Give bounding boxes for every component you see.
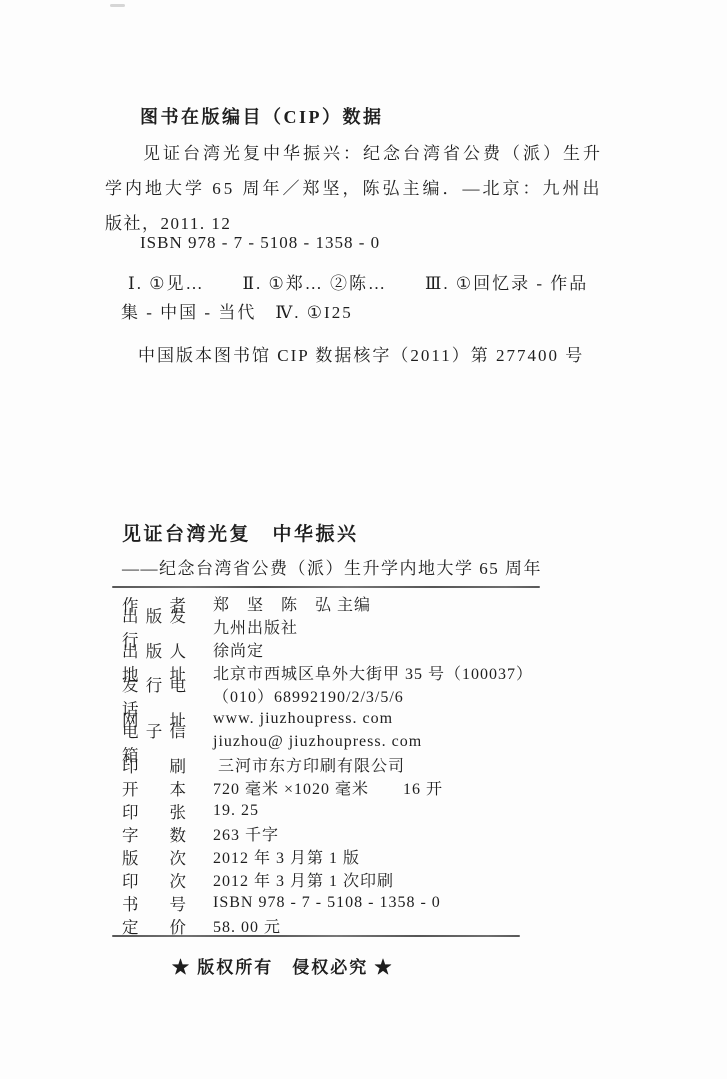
colophon-row-printer: 印刷 三河市东方印刷有限公司 [122, 753, 642, 776]
divider-bottom [112, 935, 520, 937]
cip-classification-line-1: Ⅰ. ①见… Ⅱ. ①郑… ②陈… Ⅲ. ①回忆录 - 作品 [128, 269, 588, 294]
copyright-page: 图书在版编目（CIP）数据 见证台湾光复中华振兴：纪念台湾省公费（派）生升 学内… [0, 0, 727, 1079]
cip-classification-line-2: 集 - 中国 - 当代 Ⅳ. ①I25 [121, 298, 353, 323]
colophon-label: 印次 [122, 868, 186, 892]
colophon-label: 版次 [122, 845, 186, 869]
colophon-row-website: 网址 www. jiuzhoupress. com [122, 707, 642, 730]
divider-top [112, 586, 540, 588]
colophon-row-edition: 版次 2012 年 3 月第 1 版 [122, 845, 642, 868]
cip-description-line-3: 版社，2011. 12 [105, 209, 231, 234]
cip-header: 图书在版编目（CIP）数据 [140, 103, 384, 129]
colophon-row-email: 电子信箱 jiuzhou@ jiuzhoupress. com [122, 730, 642, 753]
book-title: 见证台湾光复 中华振兴 [122, 519, 359, 546]
colophon-label: 印刷 [122, 753, 186, 777]
colophon-row-printing: 印次 2012 年 3 月第 1 次印刷 [122, 868, 642, 891]
colophon-value: 郑 坚 陈 弘 主编 [213, 592, 371, 615]
colophon-row-publisher: 出版发行 九州出版社 [122, 615, 642, 638]
cip-description-line-1: 见证台湾光复中华振兴：纪念台湾省公费（派）生升 [143, 139, 603, 164]
cip-record-number: 中国版本图书馆 CIP 数据核字（2011）第 277400 号 [138, 341, 584, 366]
cip-isbn: ISBN 978 - 7 - 5108 - 1358 - 0 [140, 233, 380, 253]
colophon-label: 开本 [122, 776, 186, 800]
colophon-value: 720 毫米 ×1020 毫米 16 开 [213, 776, 443, 799]
colophon-label: 字数 [122, 822, 186, 846]
colophon-row-publisher-person: 出版人 徐尚定 [122, 638, 642, 661]
colophon-row-wordcount: 字数 263 千字 [122, 822, 642, 845]
copyright-notice: ★ 版权所有 侵权必究 ★ [172, 953, 394, 978]
colophon-value: 263 千字 [213, 822, 279, 845]
colophon-table: 作者 郑 坚 陈 弘 主编 出版发行 九州出版社 出版人 徐尚定 地址 北京市西… [122, 592, 642, 937]
colophon-value: ISBN 978 - 7 - 5108 - 1358 - 0 [213, 894, 441, 912]
colophon-label: 印张 [122, 799, 186, 823]
colophon-row-address: 地址 北京市西城区阜外大街甲 35 号（100037） [122, 661, 642, 684]
book-subtitle: ——纪念台湾省公费（派）生升学内地大学 65 周年 [122, 554, 542, 579]
colophon-row-sheets: 印张 19. 25 [122, 799, 642, 822]
colophon-row-author: 作者 郑 坚 陈 弘 主编 [122, 592, 642, 615]
colophon-label: 书号 [122, 891, 186, 915]
colophon-row-format: 开本 720 毫米 ×1020 毫米 16 开 [122, 776, 642, 799]
colophon-value: www. jiuzhoupress. com [213, 710, 393, 728]
scan-smudge-mark [110, 4, 125, 7]
colophon-label: 定价 [122, 914, 186, 938]
colophon-value: 2012 年 3 月第 1 版 [213, 845, 360, 868]
colophon-value: 徐尚定 [213, 638, 264, 661]
colophon-row-isbn: 书号 ISBN 978 - 7 - 5108 - 1358 - 0 [122, 891, 642, 914]
colophon-value: 九州出版社 [213, 615, 298, 638]
colophon-value: jiuzhou@ jiuzhoupress. com [213, 733, 422, 751]
colophon-value: 19. 25 [213, 802, 259, 820]
colophon-row-phone: 发行电话 （010）68992190/2/3/5/6 [122, 684, 642, 707]
colophon-row-price: 定价 58. 00 元 [122, 914, 642, 937]
colophon-label: 出版人 [122, 638, 186, 662]
colophon-value: 北京市西城区阜外大街甲 35 号（100037） [213, 661, 533, 684]
colophon-value: 58. 00 元 [213, 914, 281, 937]
colophon-value: 2012 年 3 月第 1 次印刷 [213, 868, 394, 891]
cip-description-line-2: 学内地大学 65 周年／郑坚，陈弘主编．—北京：九州出 [105, 174, 603, 199]
colophon-value: （010）68992190/2/3/5/6 [213, 684, 404, 707]
colophon-value: 三河市东方印刷有限公司 [213, 753, 405, 776]
